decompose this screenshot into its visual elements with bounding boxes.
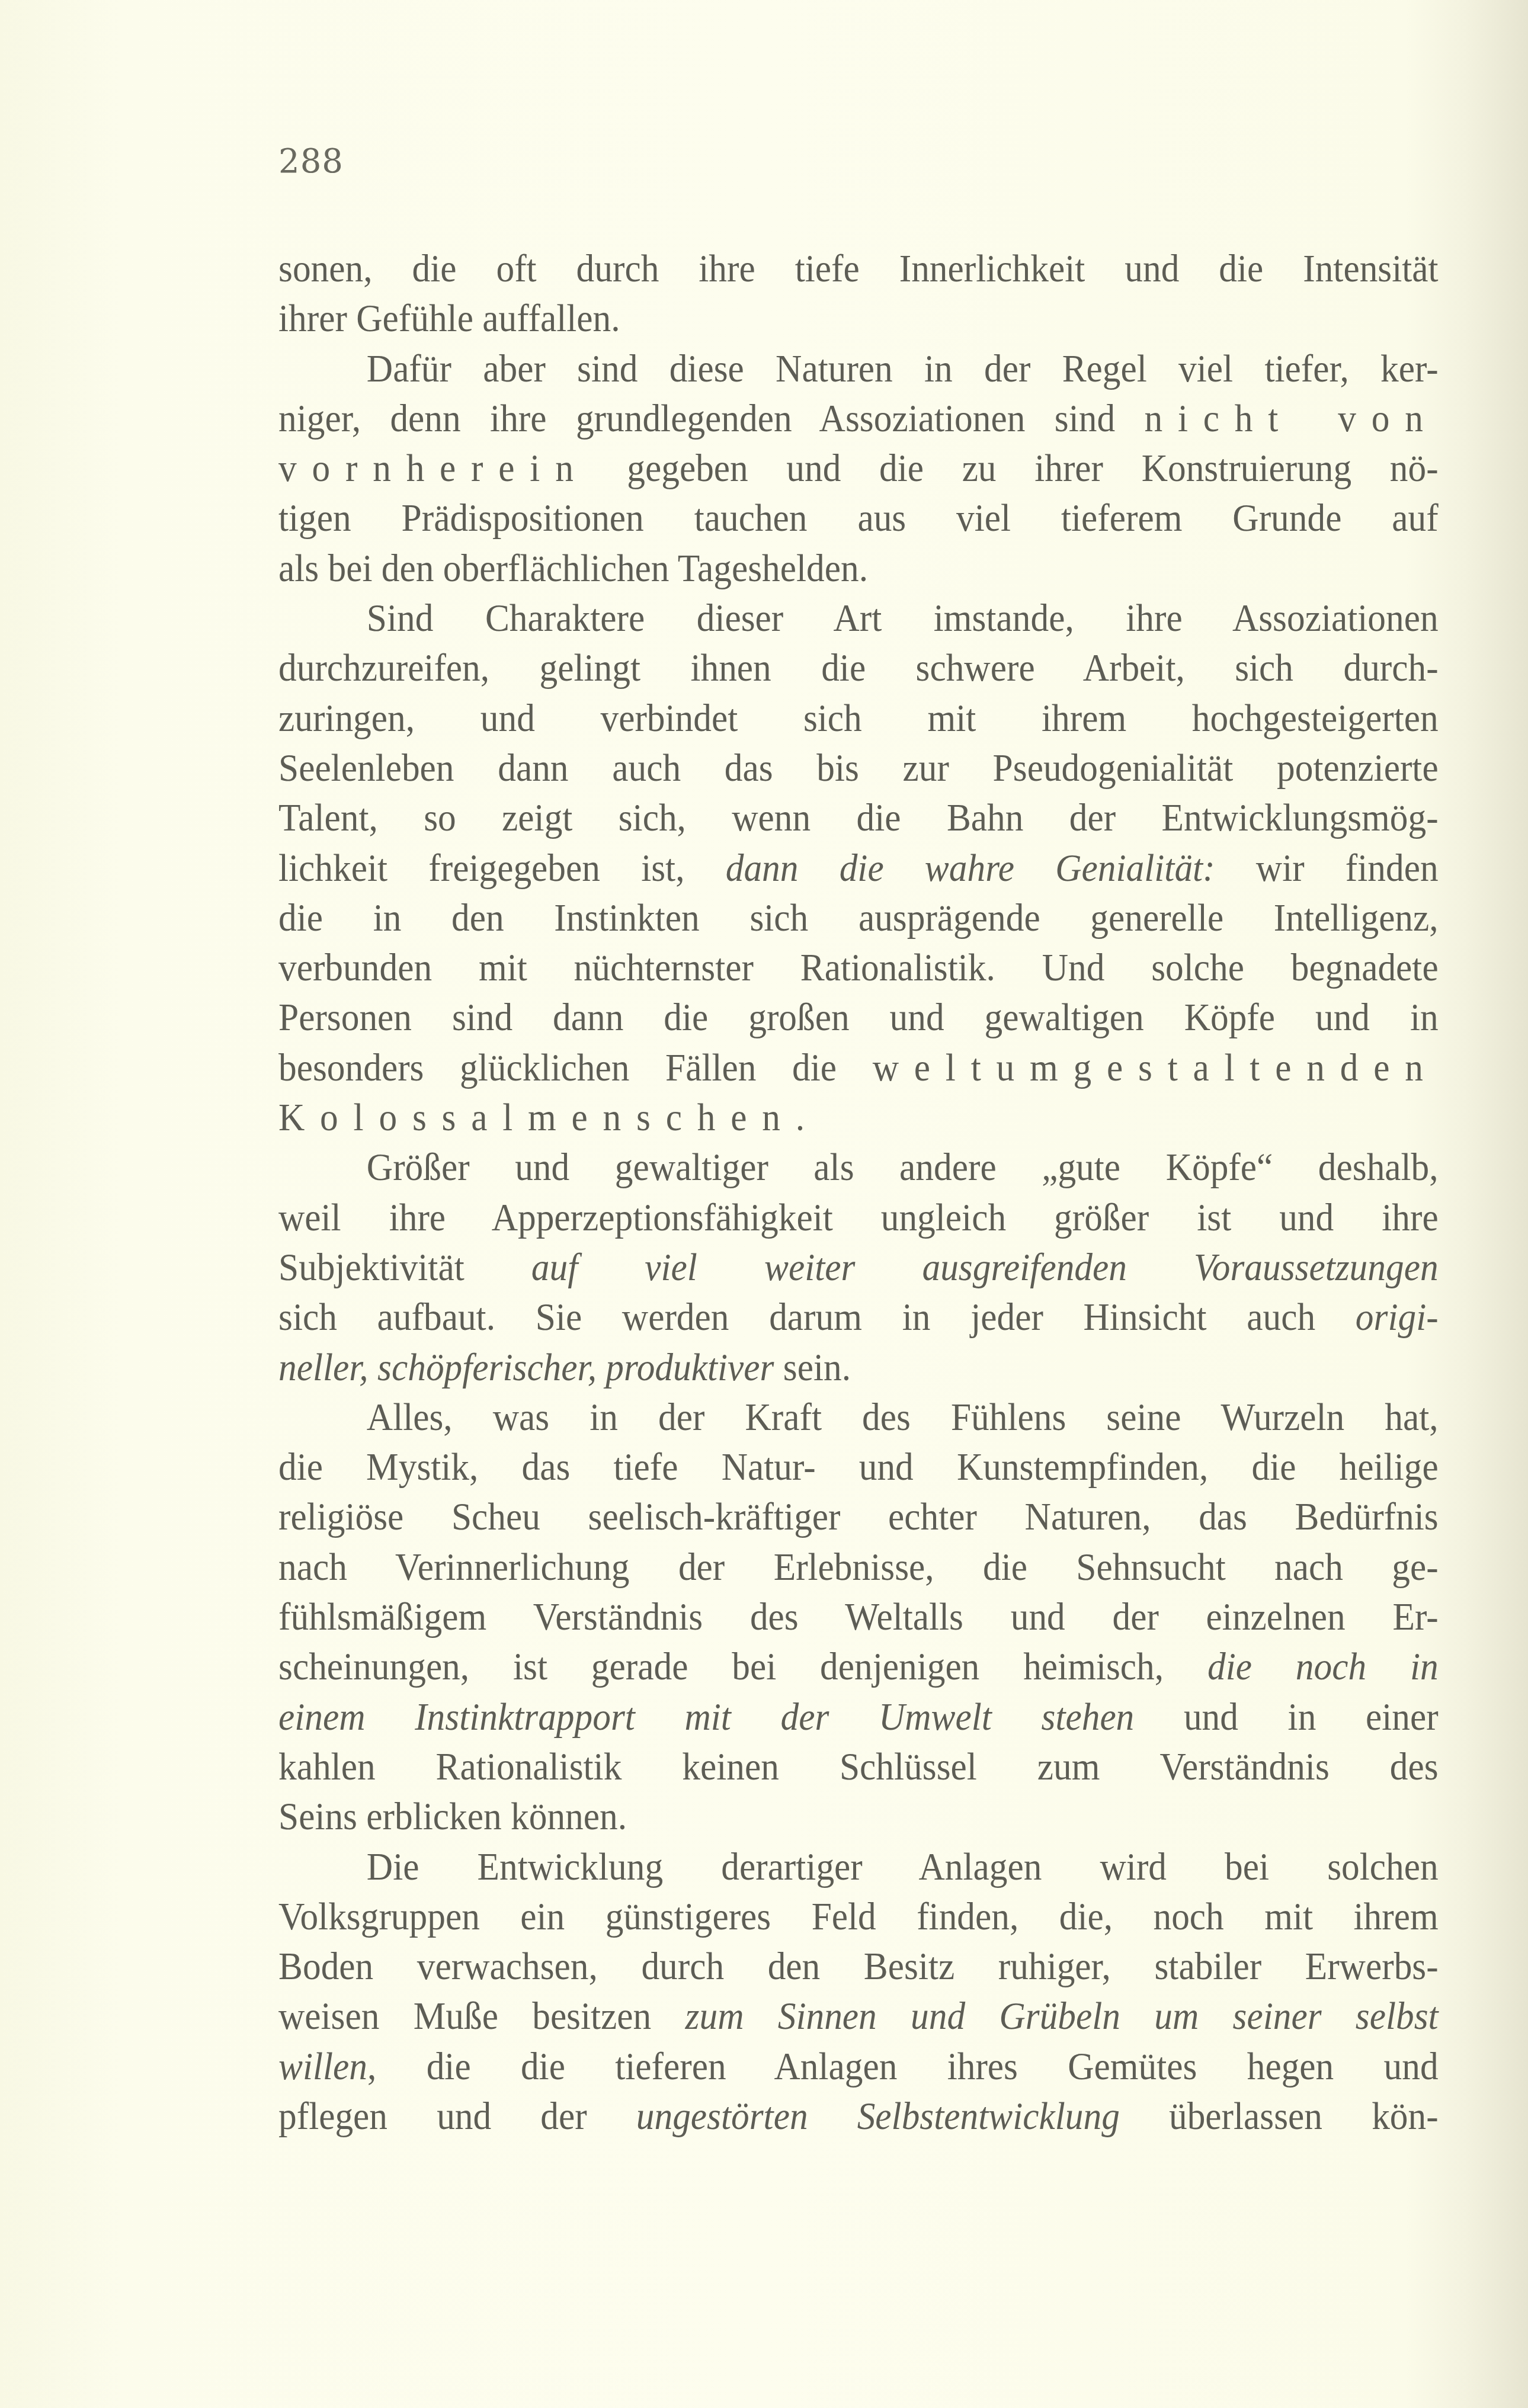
text-run: und in einer	[1134, 1695, 1438, 1739]
text-run: die Mystik, das tiefe Natur- und Kunstem…	[278, 1445, 1439, 1489]
text-run: überlassen kön-	[1120, 2095, 1439, 2138]
page-number: 288	[278, 142, 344, 181]
emphasized-text: die noch in	[1207, 1645, 1439, 1688]
text-line: die Mystik, das tiefe Natur- und Kunstem…	[278, 1442, 1439, 1492]
text-line: einem Instinktrapport mit der Umwelt ste…	[278, 1692, 1439, 1742]
text-run: Seins erblicken können.	[278, 1795, 627, 1838]
paragraph-first-line: Sind Charaktere dieser Art imstande, ihr…	[278, 594, 1439, 643]
letterspaced-text: vornherein	[278, 447, 589, 490]
text-run: zuringen, und verbindet sich mit ihrem h…	[278, 697, 1439, 740]
emphasized-text: neller, schöpferischer, produktiver	[278, 1346, 774, 1389]
emphasized-text: dann die wahre Genialität:	[726, 847, 1215, 890]
text-line: weil ihre Apperzeptionsfähigkeit ungleic…	[278, 1193, 1439, 1243]
text-line: Talent, so zeigt sich, wenn die Bahn der…	[278, 793, 1439, 843]
text-run: pflegen und der	[278, 2095, 636, 2138]
emphasized-text: zum Sinnen und Grübeln um seiner selbst	[685, 1995, 1439, 2038]
text-run: Subjektivität	[278, 1246, 531, 1289]
paragraph-first-line: Alles, was in der Kraft des Fühlens sein…	[278, 1393, 1439, 1442]
text-run: , die die tieferen Anlagen ihres Gemütes…	[367, 2045, 1439, 2088]
letterspaced-text: Kolossalmenschen.	[278, 1096, 820, 1139]
text-line: durchzureifen, gelingt ihnen die schwere…	[278, 643, 1439, 693]
text-line: religiöse Scheu seelisch-kräftiger echte…	[278, 1492, 1439, 1542]
text-line: nach Verinnerlichung der Erlebnisse, die…	[278, 1543, 1439, 1592]
paragraph-first-line: Die Entwicklung derartiger Anlagen wird …	[278, 1842, 1439, 1892]
paragraph-first-line: Größer und gewaltiger als andere „gute K…	[278, 1143, 1439, 1192]
text-run: weisen Muße besitzen	[278, 1995, 685, 2038]
text-line: weisen Muße besitzen zum Sinnen und Grüb…	[278, 1992, 1439, 2041]
text-line: tigen Prädispositionen tauchen aus viel …	[278, 493, 1439, 543]
text-line: niger, denn ihre grundlegenden Assoziati…	[278, 394, 1439, 444]
text-line: Kolossalmenschen.	[278, 1093, 1439, 1143]
text-line: besonders glücklichen Fällen die weltumg…	[278, 1043, 1439, 1093]
text-run: niger, denn ihre grundlegenden Assoziati…	[278, 397, 1144, 440]
text-line: scheinungen, ist gerade bei denjenigen h…	[278, 1642, 1439, 1692]
text-line: vornherein gegeben und die zu ihrer Kons…	[278, 444, 1439, 493]
text-run: kahlen Rationalistik keinen Schlüssel zu…	[278, 1745, 1439, 1788]
text-line: kahlen Rationalistik keinen Schlüssel zu…	[278, 1742, 1439, 1792]
text-run: fühlsmäßigem Verständnis des Weltalls un…	[278, 1595, 1439, 1639]
emphasized-text: origi-	[1356, 1296, 1439, 1339]
text-run: verbunden mit nüchternster Rationalistik…	[278, 946, 1439, 989]
text-run: wir finden	[1215, 847, 1439, 890]
text-run: sich aufbaut. Sie werden darum in jeder …	[278, 1296, 1356, 1339]
text-line: die in den Instinkten sich ausprägende g…	[278, 893, 1439, 943]
text-run: weil ihre Apperzeptionsfähigkeit ungleic…	[278, 1196, 1439, 1239]
text-run: gegeben und die zu ihrer Konstruierung n…	[589, 447, 1439, 490]
text-run: sonen, die oft durch ihre tiefe Innerlic…	[278, 247, 1439, 290]
text-run: durchzureifen, gelingt ihnen die schwere…	[278, 646, 1439, 690]
text-line: willen, die die tieferen Anlagen ihres G…	[278, 2042, 1439, 2092]
body-text: sonen, die oft durch ihre tiefe Innerlic…	[278, 244, 1357, 2141]
text-run: besonders glücklichen Fällen die	[278, 1046, 873, 1089]
emphasized-text: auf viel weiter ausgreifenden Voraussetz…	[531, 1246, 1439, 1289]
text-line: ihrer Gefühle auffallen.	[278, 294, 1439, 344]
text-run: religiöse Scheu seelisch-kräftiger echte…	[278, 1495, 1439, 1538]
text-run: Die Entwicklung derartiger Anlagen wird …	[367, 1845, 1439, 1888]
text-run: Personen sind dann die großen und gewalt…	[278, 996, 1439, 1039]
text-run: Seelenleben dann auch das bis zur Pseudo…	[278, 746, 1439, 790]
text-line: Personen sind dann die großen und gewalt…	[278, 993, 1439, 1043]
text-line: zuringen, und verbindet sich mit ihrem h…	[278, 694, 1439, 743]
emphasized-text: einem Instinktrapport mit der Umwelt ste…	[278, 1695, 1134, 1739]
letterspaced-text: weltumgestaltenden	[873, 1046, 1439, 1089]
text-line: Seins erblicken können.	[278, 1792, 1439, 1842]
book-page: 288 sonen, die oft durch ihre tiefe Inne…	[0, 0, 1528, 2408]
text-run: Boden verwachsen, durch den Besitz ruhig…	[278, 1945, 1439, 1988]
text-line: Boden verwachsen, durch den Besitz ruhig…	[278, 1942, 1439, 1992]
emphasized-text: willen	[278, 2045, 367, 2088]
text-line: pflegen und der ungestörten Selbstentwic…	[278, 2092, 1439, 2141]
text-run: Volksgruppen ein günstigeres Feld finden…	[278, 1895, 1439, 1938]
text-run: Alles, was in der Kraft des Fühlens sein…	[367, 1396, 1439, 1439]
text-run: nach Verinnerlichung der Erlebnisse, die…	[278, 1546, 1439, 1589]
text-run: sein.	[774, 1346, 851, 1389]
text-line: Subjektivität auf viel weiter ausgreifen…	[278, 1243, 1439, 1293]
text-run: scheinungen, ist gerade bei denjenigen h…	[278, 1645, 1207, 1688]
text-run: Dafür aber sind diese Naturen in der Reg…	[367, 347, 1439, 390]
text-line: verbunden mit nüchternster Rationalistik…	[278, 943, 1439, 993]
text-run: Sind Charaktere dieser Art imstande, ihr…	[367, 597, 1439, 640]
text-line: neller, schöpferischer, produktiver sein…	[278, 1343, 1439, 1393]
letterspaced-text: nicht von	[1144, 397, 1438, 440]
paragraph-first-line: Dafür aber sind diese Naturen in der Reg…	[278, 344, 1439, 394]
emphasized-text: ungestörten Selbstentwicklung	[636, 2095, 1120, 2138]
text-run: Größer und gewaltiger als andere „gute K…	[367, 1146, 1439, 1189]
text-line: Seelenleben dann auch das bis zur Pseudo…	[278, 743, 1439, 793]
text-line: Volksgruppen ein günstigeres Feld finden…	[278, 1892, 1439, 1942]
text-line: sich aufbaut. Sie werden darum in jeder …	[278, 1293, 1439, 1342]
text-line: lichkeit freigegeben ist, dann die wahre…	[278, 844, 1439, 893]
text-line: als bei den oberflächlichen Tageshelden.	[278, 544, 1439, 594]
text-run: tigen Prädispositionen tauchen aus viel …	[278, 496, 1439, 540]
text-run: ihrer Gefühle auffallen.	[278, 297, 620, 340]
text-run: die in den Instinkten sich ausprägende g…	[278, 896, 1439, 940]
text-run: lichkeit freigegeben ist,	[278, 847, 726, 890]
text-run: Talent, so zeigt sich, wenn die Bahn der…	[278, 796, 1439, 839]
text-line: fühlsmäßigem Verständnis des Weltalls un…	[278, 1592, 1439, 1642]
text-run: als bei den oberflächlichen Tageshelden.	[278, 547, 868, 590]
text-line: sonen, die oft durch ihre tiefe Innerlic…	[278, 244, 1439, 294]
